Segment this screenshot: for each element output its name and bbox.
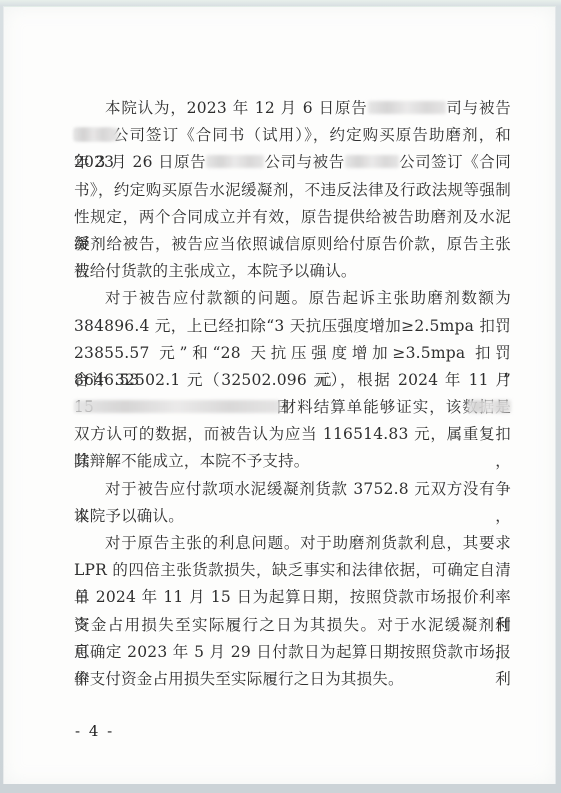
text-segment: 告给付货款的主张成立，本院予以确认。 [74,262,357,280]
document-page: 本院认为，2023 年 12 月 6 日原告司与被告公司签订《合同书（试用）》，… [3,6,556,784]
text-line: 公司签订《合同书（试用）》，约定购买原告助磨剂，和 2023 [74,122,511,149]
text-line: LPR 的四倍主张货款损失，缺乏事实和法律依据，可确定自清单 [74,557,511,584]
text-line: 性规定，两个合同成立并有效，原告提供给被告助磨剂及水泥缓 [74,204,511,231]
text-line: 可确定 2023 年 5 月 29 日付款日为起算日期按照贷款市场报价利 [74,639,511,666]
text-segment: 其辩解不能成立，本院不予支持。 [74,452,310,470]
text-segment: 率支付资金占用损失至实际履行之日为其损失。 [74,670,404,688]
text-line: 资金占用损失至实际履行之日为其损失。对于水泥缓凝剂利息， [74,612,511,639]
redaction-blur [368,101,446,114]
text-line: 合计 32502.1 元（32502.096 元），根据 2024 年 11 月… [74,367,511,394]
redaction-blur [206,155,264,168]
text-segment: 司与被告 [446,99,511,117]
redaction-blur [74,128,112,141]
document-body: 本院认为，2023 年 12 月 6 日原告司与被告公司签订《合同书（试用）》，… [74,95,511,693]
text-line: 告给付货款的主张成立，本院予以确认。 [74,258,511,285]
text-line: 对于被告应付款项水泥缓凝剂货款 3752.8 元双方没有争议， [74,476,511,503]
text-line: 凝剂给被告，被告应当依照诚信原则给付原告价款，原告主张被 [74,231,511,258]
text-segment: 书》，约定购买原告水泥缓凝剂，不违反法律及行政法规等强制 [74,181,511,199]
text-segment: 年 3 月 26 日原告 [74,153,206,171]
redaction-blur [74,400,280,413]
text-segment: 对于原告主张的利息问题。对于助磨剂货款利息，其要求 [105,534,511,552]
text-line: 书》，约定购买原告水泥缓凝剂，不违反法律及行政法规等强制 [74,177,511,204]
text-line: 材料结算单能够证实，该数据是 [74,394,511,421]
redaction-blur [345,155,399,168]
text-line: 本院认为，2023 年 12 月 6 日原告司与被告 [74,95,511,122]
text-line: 23855.57 元”和“28 天抗压强度增加≥3.5mpa 扣罚 8646.5… [74,340,511,367]
text-line: 年 3 月 26 日原告公司与被告公司签订《合同 [74,149,511,176]
text-segment: 384896.4 元，上已经扣除“3 天抗压强度增加≥2.5mpa 扣罚 [74,317,511,335]
redaction-blur [467,400,511,413]
text-line: 对于被告应付款额的问题。原告起诉主张助磨剂数额为 [74,285,511,312]
text-line: 384896.4 元，上已经扣除“3 天抗压强度增加≥2.5mpa 扣罚 [74,313,511,340]
text-segment: 本院予以确认。 [74,507,184,525]
text-segment: 对于被告应付款额的问题。原告起诉主张助磨剂数额为 [105,289,511,307]
text-segment: 公司签订《合同 [399,153,511,171]
text-segment: 公司与被告 [264,153,345,171]
text-line: 双方认可的数据，而被告认为应当 116514.83 元，属重复扣除， [74,421,511,448]
text-line: 对于原告主张的利息问题。对于助磨剂货款利息，其要求 [74,530,511,557]
text-segment: 本院认为，2023 年 12 月 6 日原告 [105,99,368,117]
text-line: 日 2024 年 11 月 15 日为起算日期，按照贷款市场报价利率支付 [74,584,511,611]
page-number: - 4 - [75,721,114,741]
